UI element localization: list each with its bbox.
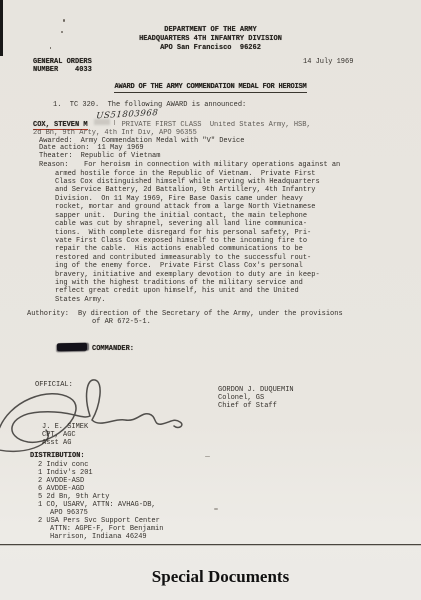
commander-text: COMMANDER: <box>92 345 134 353</box>
distribution-item: 2 USA Pers Svc Support Center <box>38 517 421 525</box>
signature-scribble <box>0 366 197 461</box>
reason-line: rocket, mortar and ground attack from a … <box>55 203 421 211</box>
officer-name: J. E. SIMEK <box>42 423 88 431</box>
paper-speck <box>205 456 210 457</box>
order-title: AWARD OF THE ARMY COMMENDATION MEDAL FOR… <box>0 84 421 92</box>
officer-title: Chief of Staff <box>218 402 294 410</box>
letterhead: DEPARTMENT OF THE ARMY HEADQUARTERS 4TH … <box>0 0 421 53</box>
reason-line: Division. On 11 May 1969, Fire Base Oasi… <box>55 195 421 203</box>
scanned-document-page: DEPARTMENT OF THE ARMY HEADQUARTERS 4TH … <box>0 0 421 600</box>
reason-line: bravery, initiative and exemplary devoti… <box>55 271 421 279</box>
reason-line: Class Cox distinguished himself while se… <box>55 178 421 186</box>
reason-line: and Service Battery, 2d Battalion, 9th A… <box>55 186 421 194</box>
paper-speck <box>50 47 51 49</box>
distribution-item: APO 96375 <box>50 509 421 517</box>
document-date: 14 July 1969 <box>303 58 353 66</box>
distribution-block: DISTRIBUTION: 2 Indiv conc 1 Indiv's 201… <box>30 453 421 541</box>
distribution-item: 6 AVDDE-AGD <box>38 485 421 493</box>
reason-line: States Army. <box>55 296 421 304</box>
reason-line: reflect great credit upon himself, his u… <box>55 287 421 295</box>
distribution-item: ATTN: AGPE-F, Fort Benjamin <box>50 525 421 533</box>
reason-line: For heroism in connection with military … <box>84 161 340 169</box>
reason-line: repair the cable. His actions enabled co… <box>55 245 421 253</box>
awardee-unit-line: 2d Bn, 9th Arty, 4th Inf Div, APO 96355 <box>33 130 421 138</box>
letterhead-apo: APO San Francisco 96262 <box>0 44 421 53</box>
reason-line: vate First Class Cox exposed himself to … <box>55 237 421 245</box>
orders-number: NUMBER 4033 <box>33 66 421 74</box>
awardee-name-line: COX, STEVEN MPRIVATE FIRST CLASS United … <box>33 119 421 130</box>
distribution-item: 1 Indiv's 201 <box>38 469 421 477</box>
reason-line: restored and contributed immeasurably to… <box>55 254 421 262</box>
paper-speck <box>61 31 63 33</box>
authority-line: By direction of the Secretary of the Arm… <box>78 310 343 318</box>
chief-of-staff-block: GORDON J. DUQUEMIN Colonel, GS Chief of … <box>218 386 294 410</box>
horizontal-rule <box>0 544 421 545</box>
authority-label: Authority: <box>27 311 78 319</box>
letterhead-headquarters: HEADQUARTERS 4TH INFANTRY DIVISION <box>0 35 421 44</box>
distribution-item: 1 CO, USARV, ATTN: AVHAG-DB, <box>38 501 421 509</box>
officer-name: GORDON J. DUQUEMIN <box>218 386 294 394</box>
reason-line: tions. With complete disregard for his p… <box>55 229 421 237</box>
authority-row: Authority:By direction of the Secretary … <box>27 311 421 319</box>
footer-caption: Special Documents <box>10 573 421 581</box>
reason-row: Reason:For heroism in connection with mi… <box>39 161 421 169</box>
authority-line: of AR 672-5-1. <box>92 319 421 327</box>
official-label: OFFICIAL: <box>35 382 73 390</box>
redaction-smudge <box>88 119 122 126</box>
for-the-commander-line: COMMANDER: <box>57 343 421 354</box>
adjutant-block: J. E. SIMEK CPT, AGC Asst AG <box>42 423 88 447</box>
field-theater: Theater:Republic of Vietnam <box>39 153 421 161</box>
scan-edge-artifact <box>0 0 3 56</box>
reason-line: sapper unit. During the initial contact,… <box>55 212 421 220</box>
distribution-item: Harrison, Indiana 46249 <box>50 533 421 541</box>
reason-line: armed hostile force in the Republic of V… <box>55 170 421 178</box>
signature-section: OFFICIAL: GORDON J. DUQUEMIN Colonel, GS… <box>0 380 421 452</box>
reason-line: cable was cut by shrapnel, severing all … <box>55 220 421 228</box>
orders-block: GENERAL ORDERS NUMBER 4033 14 July 1969 <box>33 58 421 74</box>
distribution-item: 2 AVDDE-ASD <box>38 477 421 485</box>
awardee-grade-service: PRIVATE FIRST CLASS United States Army, … <box>122 121 311 129</box>
officer-title: Asst AG <box>42 439 88 447</box>
distribution-item: 2 Indiv conc <box>38 461 421 469</box>
officer-rank: CPT, AGC <box>42 431 88 439</box>
award-fields: Awarded:Army Commendation Medal with "V"… <box>39 138 421 162</box>
paper-speck <box>63 19 65 22</box>
general-orders-label: GENERAL ORDERS <box>33 58 421 66</box>
paper-speck <box>214 508 218 510</box>
distribution-items: 2 Indiv conc 1 Indiv's 201 2 AVDDE-ASD 6… <box>38 461 421 541</box>
strikeout-mark <box>57 343 87 352</box>
letterhead-department: DEPARTMENT OF THE ARMY <box>0 26 421 35</box>
reason-line: ing with the highest traditions of the m… <box>55 279 421 287</box>
reason-line: ing of the enemy force. Private First Cl… <box>55 262 421 270</box>
officer-rank: Colonel, GS <box>218 394 294 402</box>
distribution-item: 5 2d Bn, 9th Arty <box>38 493 421 501</box>
reason-label: Reason: <box>39 161 84 169</box>
intro-line: 1. TC 320. The following AWARD is announ… <box>53 102 421 110</box>
